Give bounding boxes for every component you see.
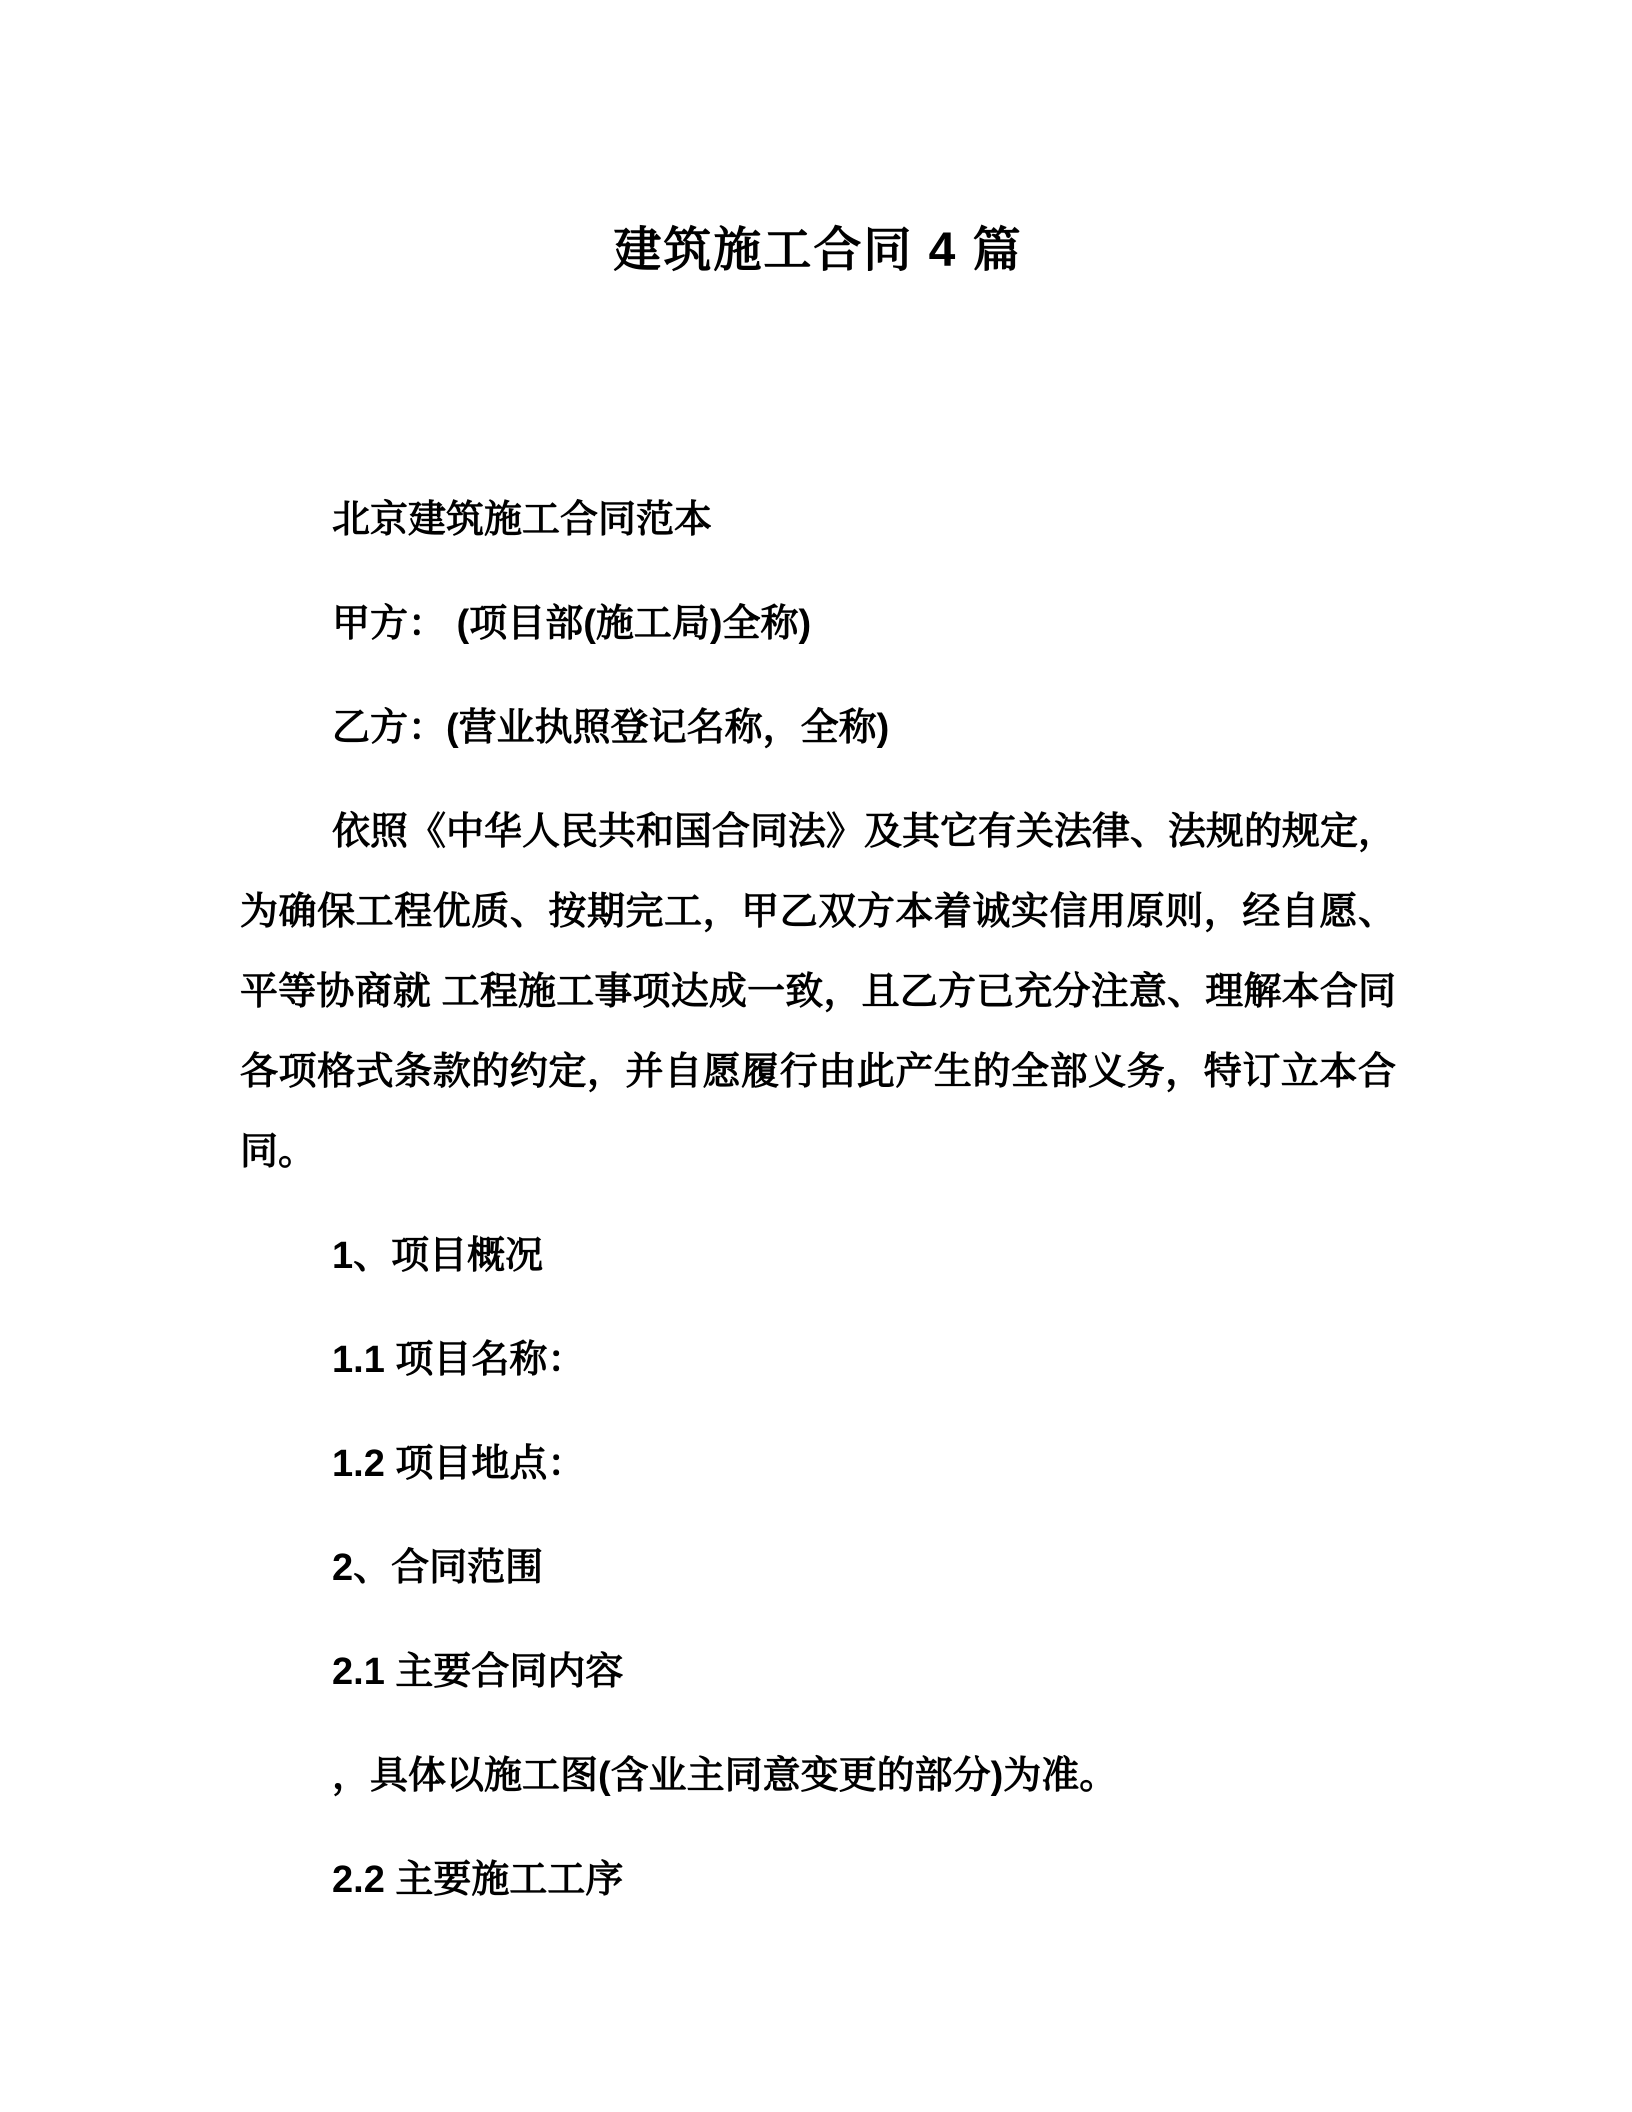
para-item-1-1: 1.1 项目名称： xyxy=(240,1320,1396,1400)
para-party-b: 乙方：(营业执照登记名称，全称) xyxy=(240,688,1396,768)
para-subtitle: 北京建筑施工合同范本 xyxy=(240,480,1396,560)
para-item-1-2: 1.2 项目地点： xyxy=(240,1424,1396,1504)
document-title: 建筑施工合同 4 篇 xyxy=(240,222,1396,280)
document-page: 建筑施工合同 4 篇 北京建筑施工合同范本 甲方： (项目部(施工局)全称) 乙… xyxy=(0,0,1632,2112)
para-section-2-heading: 2、合同范围 xyxy=(240,1528,1396,1608)
para-section-1-heading: 1、项目概况 xyxy=(240,1216,1396,1296)
para-preamble: 依照《中华人民共和国合同法》及其它有关法律、法规的规定，为确保工程优质、按期完工… xyxy=(240,792,1396,1192)
para-item-2-1-note: ，具体以施工图(含业主同意变更的部分)为准。 xyxy=(240,1736,1396,1816)
para-party-a: 甲方： (项目部(施工局)全称) xyxy=(240,584,1396,664)
para-item-2-2: 2.2 主要施工工序 xyxy=(240,1840,1396,1920)
para-item-2-1: 2.1 主要合同内容 xyxy=(240,1632,1396,1712)
